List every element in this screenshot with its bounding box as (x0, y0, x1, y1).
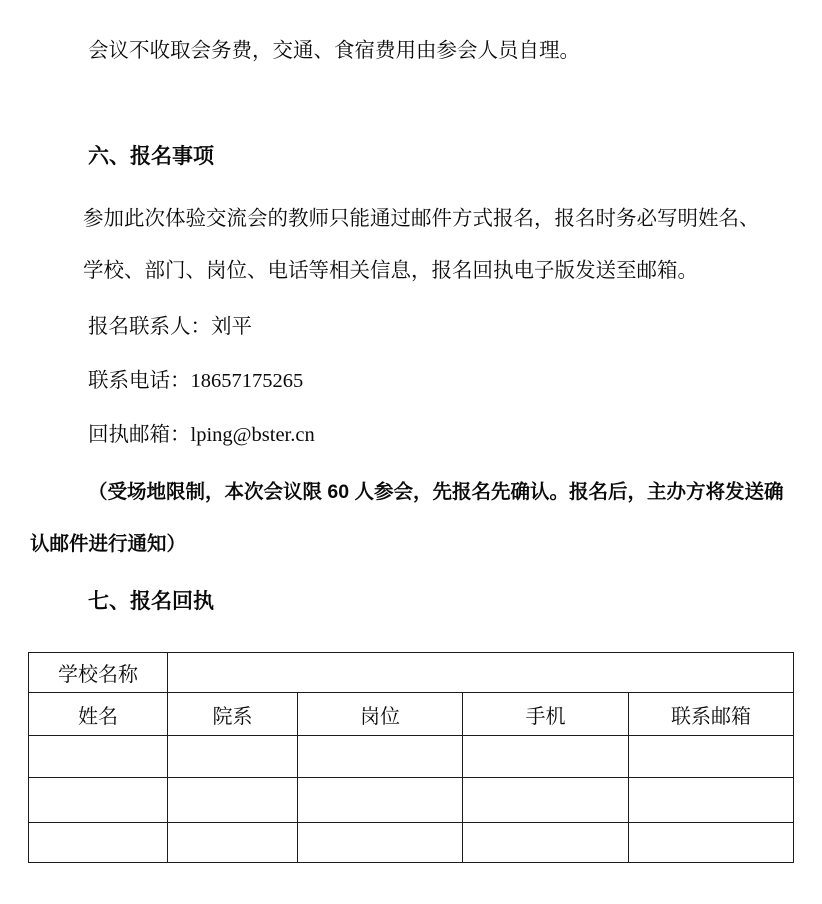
empty-cell (29, 823, 168, 863)
school-name-label-cell: 学校名称 (29, 653, 168, 693)
capacity-note-line2: 认邮件进行通知） (30, 532, 186, 557)
contact-person-line: 报名联系人：刘平 (88, 314, 252, 341)
empty-cell (298, 823, 463, 863)
column-header-email: 联系邮箱 (629, 693, 794, 736)
table-empty-row (29, 778, 794, 823)
paragraph-registration-line1: 参加此次体验交流会的教师只能通过邮件方式报名，报名时务必写明姓名、 (83, 206, 760, 233)
empty-cell (298, 778, 463, 823)
empty-cell (629, 778, 794, 823)
column-header-phone: 手机 (463, 693, 629, 736)
empty-cell (463, 736, 629, 778)
empty-cell (168, 736, 298, 778)
table-header-row: 姓名 院系 岗位 手机 联系邮箱 (29, 693, 794, 736)
column-header-department: 院系 (168, 693, 298, 736)
column-header-name: 姓名 (29, 693, 168, 736)
empty-cell (168, 778, 298, 823)
table-empty-row (29, 736, 794, 778)
school-name-value-cell (168, 653, 794, 693)
registration-table: 学校名称 姓名 院系 岗位 手机 联系邮箱 (28, 652, 794, 863)
paragraph-fee-notice: 会议不收取会务费，交通、食宿费用由参会人员自理。 (88, 38, 580, 65)
column-header-position: 岗位 (298, 693, 463, 736)
heading-section-7: 七、报名回执 (88, 588, 214, 615)
empty-cell (29, 778, 168, 823)
empty-cell (629, 736, 794, 778)
empty-cell (463, 823, 629, 863)
document-page: 会议不收取会务费，交通、食宿费用由参会人员自理。 六、报名事项 参加此次体验交流… (0, 0, 822, 904)
empty-cell (298, 736, 463, 778)
table-empty-row (29, 823, 794, 863)
empty-cell (629, 823, 794, 863)
contact-phone-line: 联系电话：18657175265 (88, 368, 303, 395)
table-row-school: 学校名称 (29, 653, 794, 693)
empty-cell (168, 823, 298, 863)
heading-section-6: 六、报名事项 (88, 143, 214, 170)
empty-cell (29, 736, 168, 778)
capacity-note-line1: （受场地限制，本次会议限 60 人参会，先报名先确认。报名后，主办方将发送确 (88, 480, 784, 505)
empty-cell (463, 778, 629, 823)
reply-email-line: 回执邮箱：lping@bster.cn (88, 422, 315, 449)
paragraph-registration-line2: 学校、部门、岗位、电话等相关信息，报名回执电子版发送至邮箱。 (83, 258, 698, 285)
